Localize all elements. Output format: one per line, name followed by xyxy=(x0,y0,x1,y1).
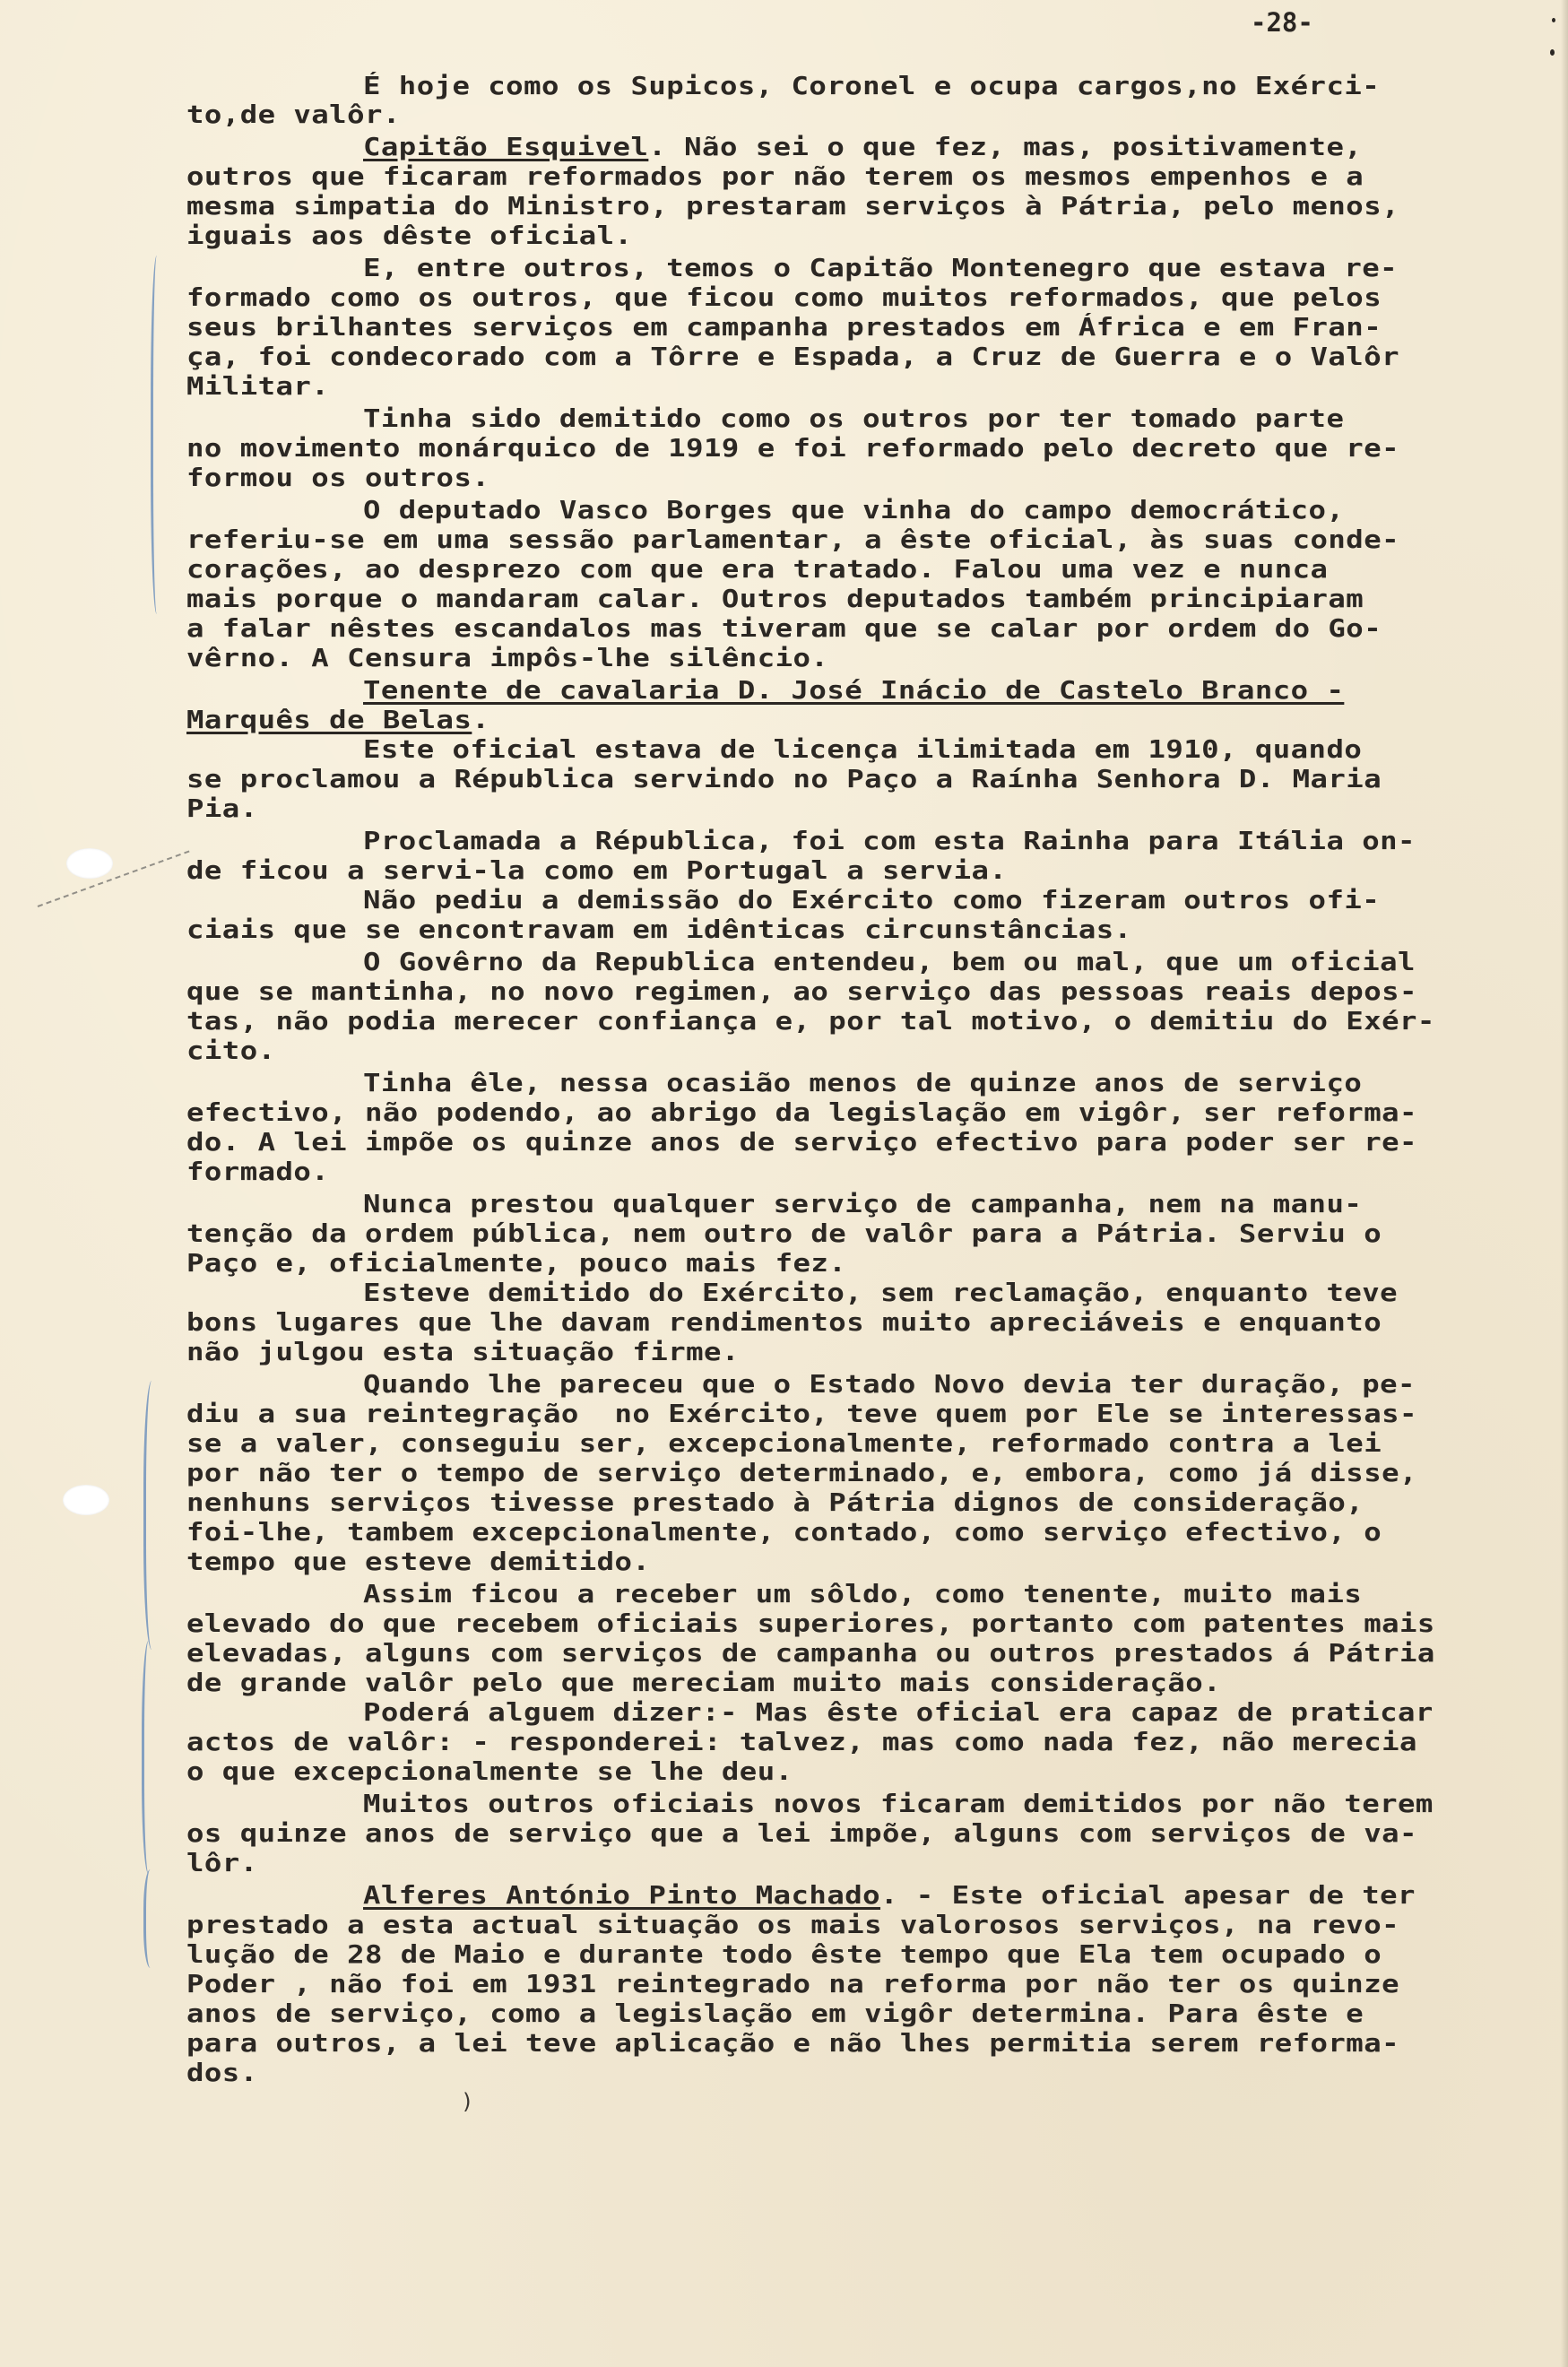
text-line: Assim ficou a receber um sôldo, como ten… xyxy=(363,1580,1362,1610)
text-line: Militar. xyxy=(186,372,329,403)
line-text: os quinze anos de serviço que a lei impõ… xyxy=(186,1820,1417,1848)
text-line: cito. xyxy=(186,1036,275,1067)
text-line: seus brilhantes serviços em campanha pre… xyxy=(186,313,1382,343)
line-text: dos. xyxy=(186,2059,258,2087)
line-text: do. A lei impõe os quinze anos de serviç… xyxy=(186,1129,1417,1157)
text-line: diu a sua reintegração no Exército, teve… xyxy=(186,1400,1417,1430)
text-line: do. A lei impõe os quinze anos de serviç… xyxy=(186,1128,1417,1158)
text-line: Proclamada a Républica, foi com esta Rai… xyxy=(363,827,1416,857)
line-text: bons lugares que lhe davam rendimentos m… xyxy=(186,1309,1382,1337)
line-text: ciais que se encontravam em idênticas ci… xyxy=(186,916,1132,944)
line-text: corações, ao desprezo com que era tratad… xyxy=(186,556,1328,584)
line-text: O Govêrno da Republica entendeu, bem ou … xyxy=(363,949,1416,976)
text-line: formado. xyxy=(186,1157,329,1188)
line-text: anos de serviço, como a legislação em vi… xyxy=(186,2000,1364,2028)
text-line: ça, foi condecorado com a Tôrre e Espada… xyxy=(186,342,1399,373)
line-text: efectivo, não podendo, ao abrigo da legi… xyxy=(186,1099,1417,1127)
text-line: Muitos outros oficiais novos ficaram dem… xyxy=(363,1790,1434,1820)
text-line: Tinha sido demitido como os outros por t… xyxy=(363,404,1344,435)
footer-mark: ) xyxy=(461,2089,473,2114)
line-text: seus brilhantes serviços em campanha pre… xyxy=(186,314,1382,342)
text-line: O deputado Vasco Borges que vinha do cam… xyxy=(363,496,1344,526)
line-text: tas, não podia merecer confiança e, por … xyxy=(186,1008,1435,1036)
line-text: Poder , não foi em 1931 reintegrado na r… xyxy=(186,1971,1399,1999)
line-text: to,de valôr. xyxy=(186,101,401,129)
blue-pen-margin-mark xyxy=(142,1641,159,1874)
text-line: to,de valôr. xyxy=(186,100,401,131)
ink-speck xyxy=(1550,49,1555,56)
text-line: não julgou esta situação firme. xyxy=(186,1338,740,1368)
line-text: se proclamou a Républica servindo no Paç… xyxy=(186,766,1382,793)
underlined-heading: Tenente de cavalaria D. José Inácio de C… xyxy=(363,677,1344,705)
line-text: Quando lhe pareceu que o Estado Novo dev… xyxy=(363,1371,1416,1399)
line-text: que se mantinha, no novo regimen, ao ser… xyxy=(186,978,1417,1006)
line-text: Nunca prestou qualquer serviço de campan… xyxy=(363,1191,1362,1218)
text-line: Capitão Esquivel. Não sei o que fez, mas… xyxy=(363,133,1362,163)
line-text: Muitos outros oficiais novos ficaram dem… xyxy=(363,1790,1434,1818)
underlined-heading: Capitão Esquivel xyxy=(363,134,648,161)
punched-hole-bottom xyxy=(63,1485,109,1515)
line-text: . Não sei o que fez, mas, positivamente, xyxy=(648,134,1362,161)
text-line: elevadas, alguns com serviços de campanh… xyxy=(186,1639,1435,1669)
text-line: elevado do que recebem oficiais superior… xyxy=(186,1609,1435,1640)
text-line: referiu-se em uma sessão parlamentar, a … xyxy=(186,525,1399,556)
text-line: Poder , não foi em 1931 reintegrado na r… xyxy=(186,1970,1399,2000)
line-text: prestado a esta actual situação os mais … xyxy=(186,1912,1399,1939)
text-line: anos de serviço, como a legislação em vi… xyxy=(186,1999,1364,2030)
text-line: efectivo, não podendo, ao abrigo da legi… xyxy=(186,1098,1417,1129)
line-text: de ficou a servi-la como em Portugal a s… xyxy=(186,857,1007,885)
line-text: É hoje como os Supicos, Coronel e ocupa … xyxy=(363,73,1380,100)
line-text: elevadas, alguns com serviços de campanh… xyxy=(186,1640,1435,1668)
text-line: Quando lhe pareceu que o Estado Novo dev… xyxy=(363,1370,1416,1400)
line-text: iguais aos dêste oficial. xyxy=(186,222,632,250)
text-line: Poderá alguem dizer:- Mas êste oficial e… xyxy=(363,1698,1434,1729)
line-text: Tinha êle, nessa ocasião menos de quinze… xyxy=(363,1070,1362,1097)
text-line: para outros, a lei teve aplicação e não … xyxy=(186,2029,1399,2059)
page-number: -28- xyxy=(1251,7,1313,38)
text-line: tempo que esteve demitido. xyxy=(186,1548,650,1578)
line-text: nenhuns serviços tivesse prestado à Pátr… xyxy=(186,1489,1364,1517)
line-text: E, entre outros, temos o Capitão Montene… xyxy=(363,255,1398,282)
line-text: . xyxy=(472,707,489,734)
text-line: no movimento monárquico de 1919 e foi re… xyxy=(186,434,1399,464)
line-text: mesma simpatia do Ministro, prestaram se… xyxy=(186,193,1399,221)
line-text: referiu-se em uma sessão parlamentar, a … xyxy=(186,526,1399,554)
line-text: de grande valôr pelo que mereciam muito … xyxy=(186,1669,1221,1697)
text-line: formado como os outros, que ficou como m… xyxy=(186,283,1382,314)
line-text: tempo que esteve demitido. xyxy=(186,1548,650,1576)
line-text: se a valer, conseguiu ser, excepcionalme… xyxy=(186,1430,1382,1458)
text-line: nenhuns serviços tivesse prestado à Pátr… xyxy=(186,1488,1364,1519)
text-line: Tenente de cavalaria D. José Inácio de C… xyxy=(363,676,1344,707)
line-text: O deputado Vasco Borges que vinha do cam… xyxy=(363,497,1344,525)
text-line: foi-lhe, tambem excepcionalmente, contad… xyxy=(186,1518,1382,1548)
line-text: Proclamada a Républica, foi com esta Rai… xyxy=(363,828,1416,855)
line-text: no movimento monárquico de 1919 e foi re… xyxy=(186,435,1399,463)
line-text: lôr. xyxy=(186,1850,258,1877)
text-line: E, entre outros, temos o Capitão Montene… xyxy=(363,254,1398,284)
line-text: . - Este oficial apesar de ter xyxy=(880,1882,1416,1910)
text-line: tenção da ordem pública, nem outro de va… xyxy=(186,1219,1382,1250)
punched-hole-top xyxy=(66,848,113,879)
text-line: prestado a esta actual situação os mais … xyxy=(186,1911,1399,1941)
line-text: Assim ficou a receber um sôldo, como ten… xyxy=(363,1581,1362,1608)
text-line: se a valer, conseguiu ser, excepcionalme… xyxy=(186,1429,1382,1460)
text-line: Este oficial estava de licença ilimitada… xyxy=(363,735,1362,766)
text-line: Alferes António Pinto Machado. - Este of… xyxy=(363,1881,1416,1912)
text-line: Tinha êle, nessa ocasião menos de quinze… xyxy=(363,1069,1362,1099)
line-text: formado. xyxy=(186,1158,329,1186)
text-line: É hoje como os Supicos, Coronel e ocupa … xyxy=(363,72,1380,102)
blue-pen-margin-mark xyxy=(143,1869,160,1968)
line-text: Não pediu a demissão do Exército como fi… xyxy=(363,887,1380,915)
line-text: o que excepcionalmente se lhe deu. xyxy=(186,1758,793,1786)
line-text: a falar nêstes escandalos mas tiveram qu… xyxy=(186,615,1382,643)
line-text: vêrno. A Censura impôs-lhe silêncio. xyxy=(186,645,828,672)
line-text: tenção da ordem pública, nem outro de va… xyxy=(186,1220,1382,1248)
text-line: Esteve demitido do Exército, sem reclama… xyxy=(363,1279,1398,1309)
underlined-heading: Alferes António Pinto Machado xyxy=(363,1882,880,1910)
text-line: formou os outros. xyxy=(186,464,489,494)
text-line: actos de valôr: - responderei: talvez, m… xyxy=(186,1728,1417,1758)
line-text: Paço e, oficialmente, pouco mais fez. xyxy=(186,1250,846,1278)
text-line: o que excepcionalmente se lhe deu. xyxy=(186,1757,793,1788)
text-line: vêrno. A Censura impôs-lhe silêncio. xyxy=(186,644,828,674)
text-line: outros que ficaram reformados por não te… xyxy=(186,162,1364,193)
line-text: ça, foi condecorado com a Tôrre e Espada… xyxy=(186,343,1399,371)
line-text: cito. xyxy=(186,1037,275,1065)
line-text: elevado do que recebem oficiais superior… xyxy=(186,1610,1435,1638)
text-line: lução de 28 de Maio e durante todo êste … xyxy=(186,1940,1382,1971)
line-text: actos de valôr: - responderei: talvez, m… xyxy=(186,1729,1417,1756)
line-text: mais porque o mandaram calar. Outros dep… xyxy=(186,585,1364,613)
line-text: foi-lhe, tambem excepcionalmente, contad… xyxy=(186,1519,1382,1547)
line-text: por não ter o tempo de serviço determina… xyxy=(186,1460,1417,1487)
text-line: Marquês de Belas. xyxy=(186,706,489,736)
line-text: para outros, a lei teve aplicação e não … xyxy=(186,2030,1399,2058)
text-line: mais porque o mandaram calar. Outros dep… xyxy=(186,585,1364,615)
line-text: formou os outros. xyxy=(186,464,489,492)
paper-right-edge xyxy=(1561,0,1568,2367)
line-text: Esteve demitido do Exército, sem reclama… xyxy=(363,1279,1398,1307)
text-line: Nunca prestou qualquer serviço de campan… xyxy=(363,1190,1362,1220)
text-line: por não ter o tempo de serviço determina… xyxy=(186,1459,1417,1489)
line-text: Este oficial estava de licença ilimitada… xyxy=(363,736,1362,764)
line-text: Tinha sido demitido como os outros por t… xyxy=(363,405,1344,433)
text-line: Paço e, oficialmente, pouco mais fez. xyxy=(186,1249,846,1279)
ink-speck xyxy=(1552,18,1555,22)
text-line: mesma simpatia do Ministro, prestaram se… xyxy=(186,192,1399,222)
text-line: dos. xyxy=(186,2059,258,2089)
line-text: Poderá alguem dizer:- Mas êste oficial e… xyxy=(363,1699,1434,1727)
text-line: os quinze anos de serviço que a lei impõ… xyxy=(186,1819,1417,1850)
text-line: corações, ao desprezo com que era tratad… xyxy=(186,555,1328,585)
line-text: formado como os outros, que ficou como m… xyxy=(186,284,1382,312)
text-line: lôr. xyxy=(186,1849,258,1879)
text-line: O Govêrno da Republica entendeu, bem ou … xyxy=(363,948,1416,978)
underlined-heading: Marquês de Belas xyxy=(186,707,472,734)
text-line: tas, não podia merecer confiança e, por … xyxy=(186,1007,1435,1037)
line-text: outros que ficaram reformados por não te… xyxy=(186,163,1364,191)
text-line: se proclamou a Républica servindo no Paç… xyxy=(186,765,1382,795)
text-line: iguais aos dêste oficial. xyxy=(186,221,632,252)
text-line: Não pediu a demissão do Exército como fi… xyxy=(363,886,1380,916)
blue-pen-margin-mark xyxy=(143,1381,164,1650)
text-line: bons lugares que lhe davam rendimentos m… xyxy=(186,1308,1382,1339)
line-text: não julgou esta situação firme. xyxy=(186,1339,740,1366)
line-text: Pia. xyxy=(186,795,258,823)
text-line: ciais que se encontravam em idênticas ci… xyxy=(186,915,1132,946)
text-line: de ficou a servi-la como em Portugal a s… xyxy=(186,856,1007,887)
line-text: lução de 28 de Maio e durante todo êste … xyxy=(186,1941,1382,1969)
text-line: a falar nêstes escandalos mas tiveram qu… xyxy=(186,614,1382,645)
text-line: Pia. xyxy=(186,794,258,825)
line-text: diu a sua reintegração no Exército, teve… xyxy=(186,1400,1417,1428)
line-text: Militar. xyxy=(186,373,329,401)
text-line: que se mantinha, no novo regimen, ao ser… xyxy=(186,977,1417,1008)
blue-pen-margin-mark xyxy=(151,256,166,614)
text-line: de grande valôr pelo que mereciam muito … xyxy=(186,1669,1221,1699)
